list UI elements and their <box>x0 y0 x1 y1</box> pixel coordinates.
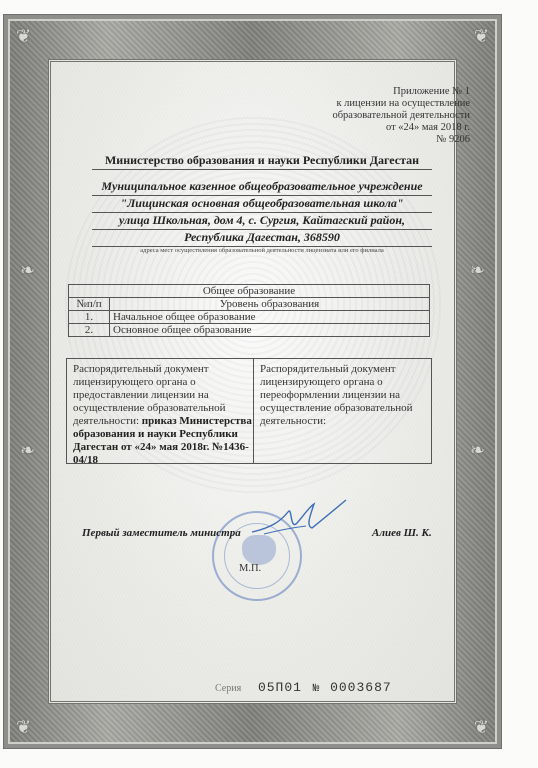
side-ornament-icon: ❧ <box>470 261 485 279</box>
signatory-title: Первый заместитель министра <box>82 527 241 539</box>
column-header-level: Уровень образования <box>110 298 430 311</box>
coat-of-arms-icon <box>242 535 276 565</box>
number-sign: № <box>313 683 320 695</box>
reissue-decision-text: Распорядительный документ лицензирующего… <box>260 363 413 427</box>
organization-address: улица Школьная, дом 4, с. Сургия, Кайтаг… <box>92 212 432 230</box>
annex-header: Приложение № 1 к лицензии на осуществлен… <box>300 86 470 146</box>
annex-line: к лицензии на осуществление <box>300 98 470 110</box>
series-label: Серия <box>215 683 241 694</box>
row-number: 1. <box>69 311 110 324</box>
row-number: 2. <box>69 324 110 337</box>
annex-date: от «24» мая 2018 г. <box>300 122 470 134</box>
side-ornament-icon: ❧ <box>20 441 35 459</box>
column-header-number: №п/п <box>69 298 110 311</box>
row-level: Начальное общее образование <box>110 311 430 324</box>
licensing-authority: Министерство образования и науки Республ… <box>92 153 432 170</box>
organization-name: "Лищинская основная общеобразовательная … <box>92 195 432 213</box>
table-row: 2. Основное общее образование <box>69 324 430 337</box>
table-header-row: №п/п Уровень образования <box>69 298 430 311</box>
table-row: 1. Начальное общее образование <box>69 311 430 324</box>
organization-type: Муниципальное казенное общеобразовательн… <box>92 178 432 196</box>
annex-line: образовательной деятельности <box>300 110 470 122</box>
annex-title: Приложение № 1 <box>300 86 470 98</box>
handwritten-signature <box>250 498 350 538</box>
side-ornament-icon: ❧ <box>470 441 485 459</box>
row-level: Основное общее образование <box>110 324 430 337</box>
corner-ornament-icon: ❦ <box>474 718 489 736</box>
table-section-row: Общее образование <box>69 285 430 298</box>
side-ornament-icon: ❧ <box>20 261 35 279</box>
address-caption: адреса мест осуществления образовательно… <box>92 247 432 254</box>
form-number: 0003687 <box>330 680 392 695</box>
license-number: № 9206 <box>300 134 470 146</box>
series-code: 05П01 <box>258 680 302 695</box>
signatory-name: Алиев Ш. К. <box>372 527 432 539</box>
reissue-decision-box: Распорядительный документ лицензирующего… <box>253 358 432 464</box>
seal-placeholder-label: М.П. <box>239 563 261 574</box>
corner-ornament-icon: ❦ <box>474 27 489 45</box>
corner-ornament-icon: ❦ <box>16 718 31 736</box>
corner-ornament-icon: ❦ <box>16 27 31 45</box>
form-serial: Серия 05П01 № 0003687 <box>215 680 392 695</box>
section-title: Общее образование <box>69 285 430 298</box>
education-levels-table: Общее образование №п/п Уровень образован… <box>68 284 430 337</box>
grant-decision-box: Распорядительный документ лицензирующего… <box>66 358 254 464</box>
organization-region: Республика Дагестан, 368590 <box>92 229 432 247</box>
